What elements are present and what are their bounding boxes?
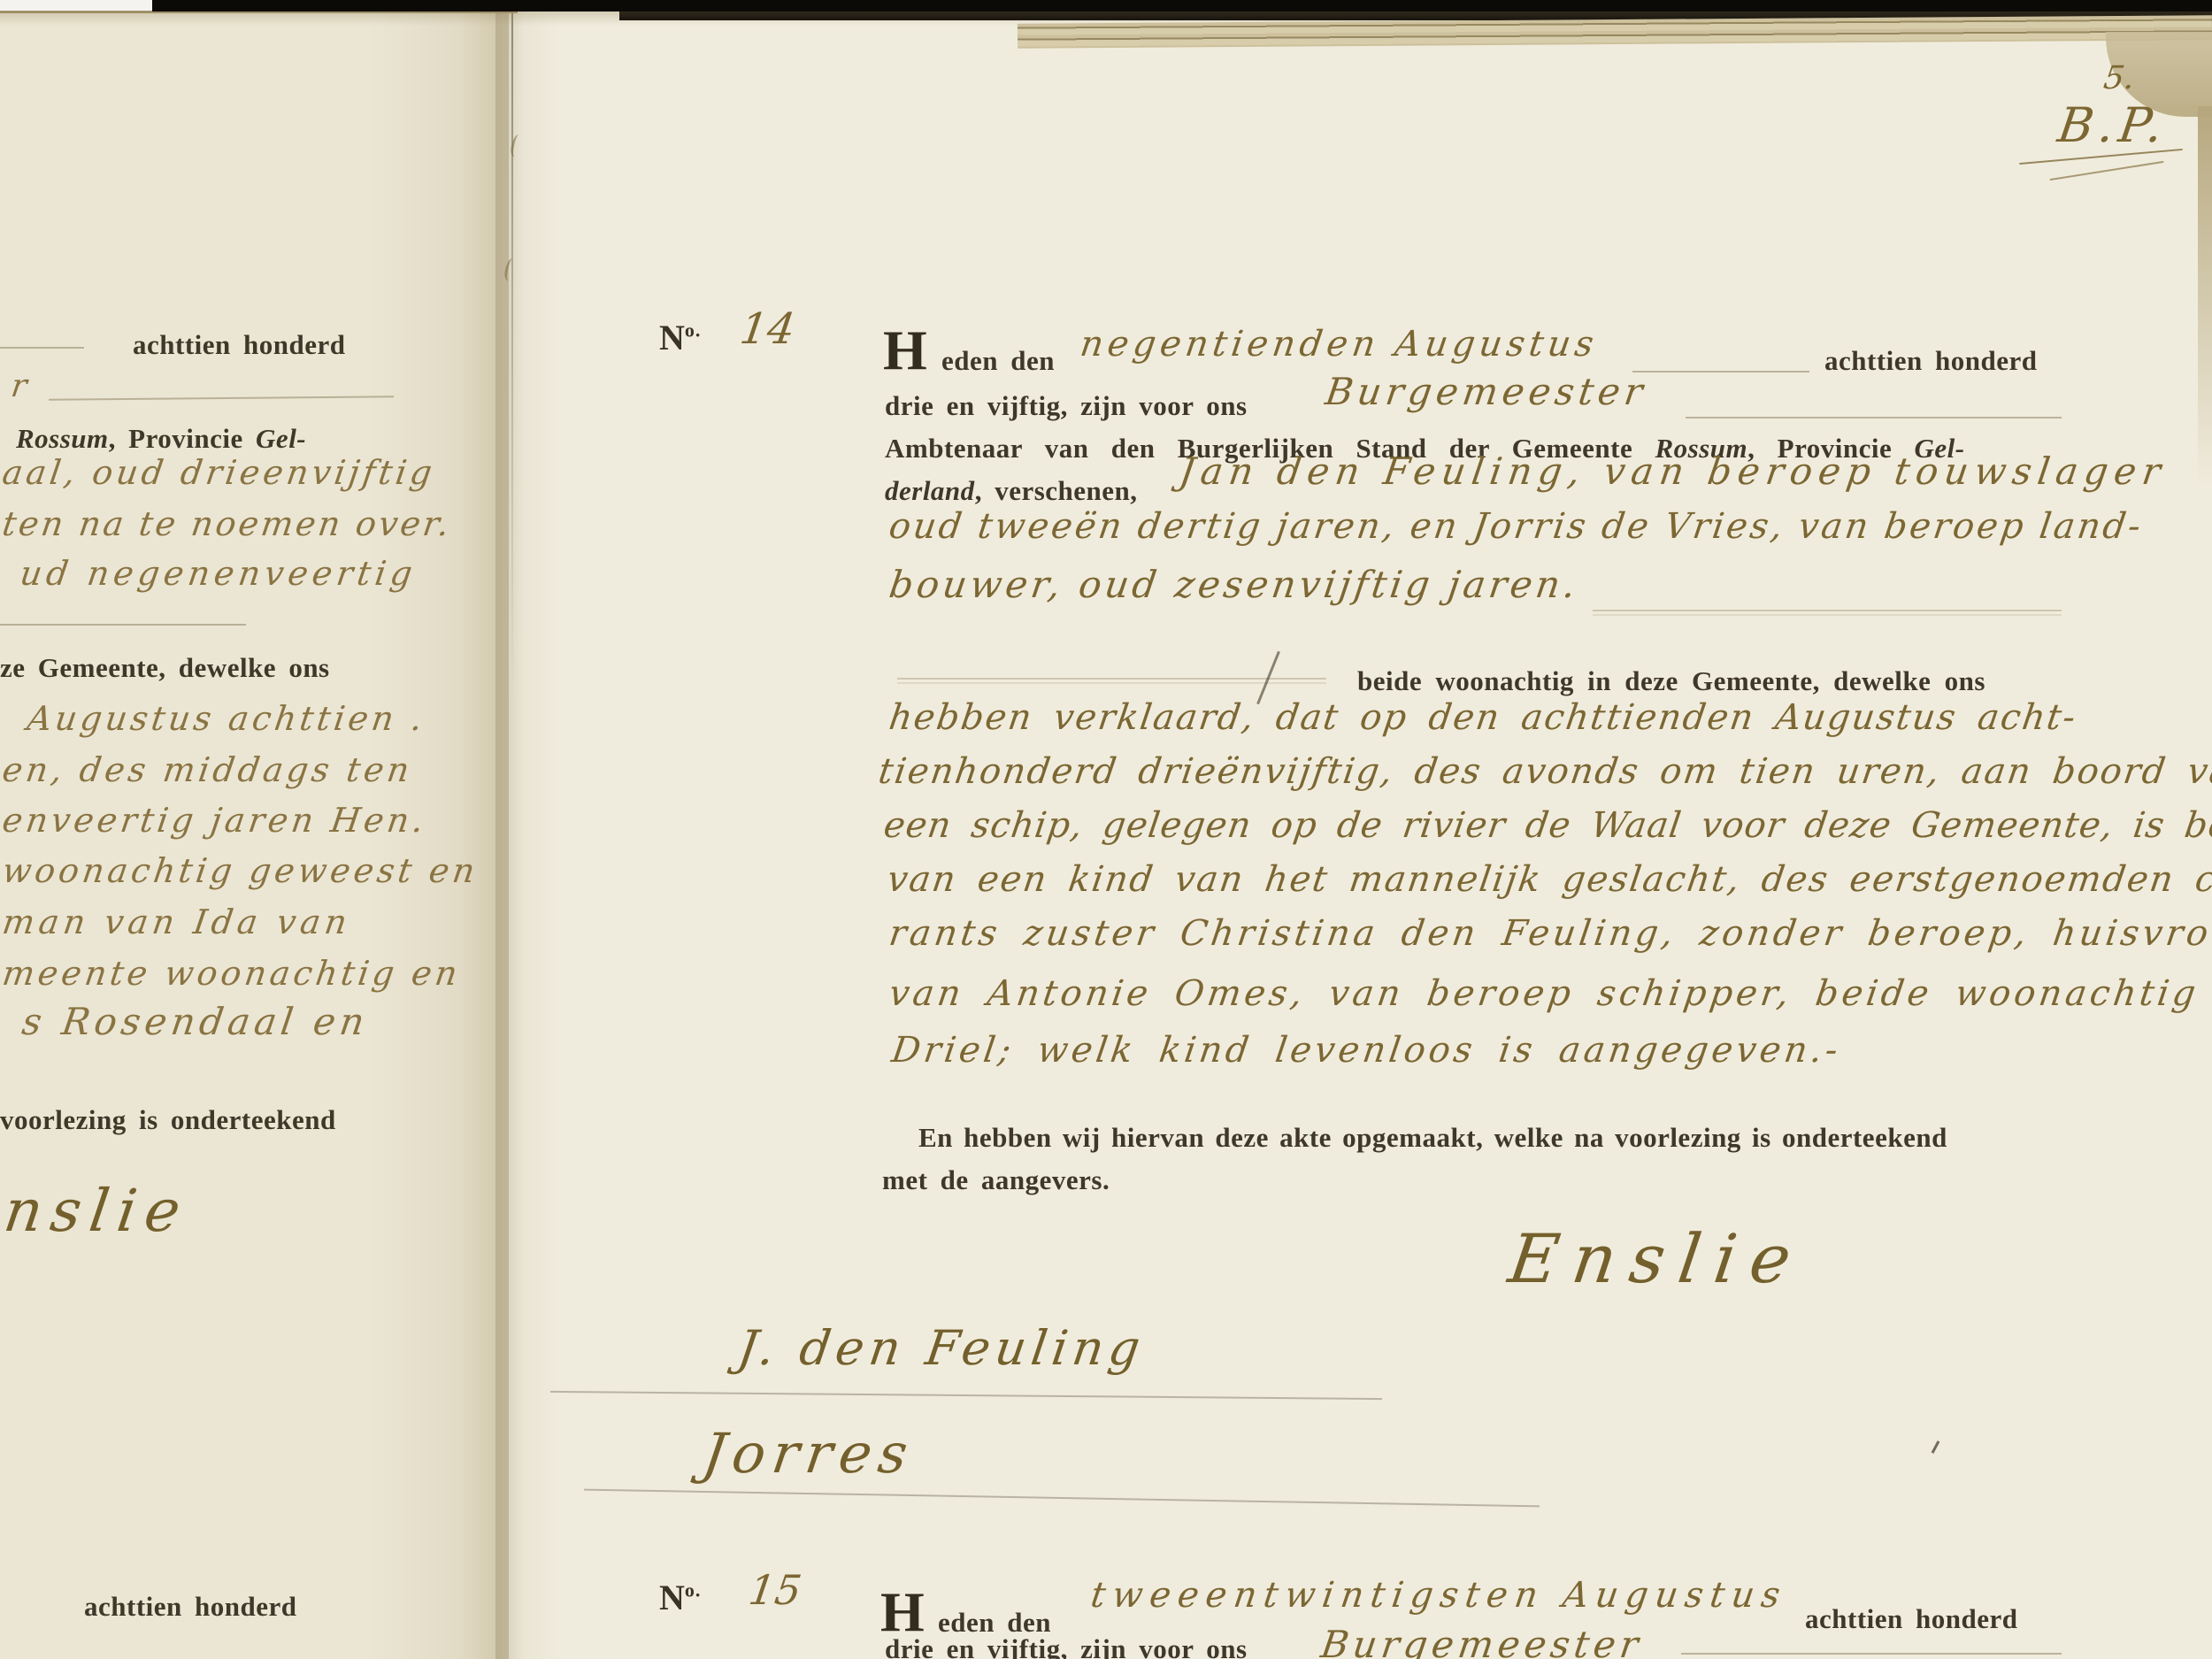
record14-official-hand: Burgemeester xyxy=(1323,370,1650,413)
registrar-signature: Enslie xyxy=(1504,1219,1810,1298)
record14-hand-line: oud tweeën dertig jaren, en Jorris de Vr… xyxy=(887,506,2146,547)
record14-hand-line: bouwer, oud zesenvijftig jaren. xyxy=(887,563,1582,606)
record15-official-hand: Burgemeester xyxy=(1318,1623,1646,1659)
municipality-name: Rossum xyxy=(16,423,109,454)
left-printed-gemeente: ze Gemeente, dewelke ons xyxy=(0,652,330,684)
fill-rule xyxy=(1686,417,2062,419)
record14-body-hand-line: hebben verklaard, dat op den achttienden… xyxy=(887,697,2079,738)
record14-line4-print: derland, verschenen, xyxy=(885,475,1138,507)
left-printed-rossum-line: Rossum, Provincie Gel- xyxy=(16,423,306,455)
binding-crease-line xyxy=(511,9,513,699)
record14-body-hand-line: tienhonderd drieënvijftig, des avonds om… xyxy=(876,751,2212,792)
record14-closing-line1: En hebben wij hiervan deze akte opgemaak… xyxy=(918,1122,1947,1154)
page-right-edge xyxy=(2198,106,2212,487)
book-top-edge xyxy=(152,0,630,12)
province-name-part: derland xyxy=(885,475,975,506)
record14-body-hand-line: rants zuster Christina den Feuling, zond… xyxy=(887,913,2212,954)
declarant2-signature: Jorres xyxy=(699,1421,918,1486)
binding-gutter xyxy=(495,9,557,1659)
record14-line1-year: achttien honderd xyxy=(1824,345,2038,377)
clerk-mark: B.P. xyxy=(2055,97,2171,153)
record14-dropcap-H: H xyxy=(883,322,927,379)
left-hand-line: Augustus achttien . xyxy=(25,699,428,738)
record15-dropcap-H: H xyxy=(880,1584,925,1640)
left-hand-line: meente woonachtig en xyxy=(0,954,463,993)
page-number: 5. xyxy=(2101,60,2137,96)
record14-body-hand-line: van een kind van het mannelijk geslacht,… xyxy=(885,859,2212,900)
register-page-scan: 5. B.P. achttien honderd r Rossum, Provi… xyxy=(0,0,2212,1659)
record15-number-label: No. xyxy=(659,1577,701,1618)
clerk-mark-flourish xyxy=(2050,161,2164,180)
record14-number-label: No. xyxy=(659,317,701,358)
left-hand-line: ud negenenveertig xyxy=(18,554,419,593)
declarant1-signature: J. den Feuling xyxy=(734,1320,1148,1376)
left-hand-line: en, des middags ten xyxy=(0,750,415,789)
record14-body-hand-line: van Antonie Omes, van beroep schipper, b… xyxy=(887,973,2212,1014)
left-hand-line: woonachtig geweest en xyxy=(0,851,480,890)
record14-declarant1-hand: Jan den Feuling, van beroep touwslager xyxy=(1177,449,2170,493)
fill-rule xyxy=(1681,1653,2062,1655)
background-corner xyxy=(0,0,152,11)
record14-line7-print: beide woonachtig in deze Gemeente, dewel… xyxy=(1357,665,1985,697)
left-printed-year-bottom: achttien honderd xyxy=(84,1591,297,1623)
record15-number-value: 15 xyxy=(746,1566,804,1614)
record14-line2-print: drie en vijftig, zijn voor ons xyxy=(885,390,1248,422)
record14-body-hand-line: Driel; welk kind levenloos is aangegeven… xyxy=(889,1030,1844,1071)
left-fill-rule xyxy=(0,624,246,626)
record15-line2-print: drie en vijftig, zijn voor ons xyxy=(885,1633,1248,1659)
record15-line1-year: achttien honderd xyxy=(1805,1603,2018,1635)
left-hand-line: ten na te noemen over. xyxy=(0,504,454,543)
left-printed-voorlezing: voorlezing is onderteekend xyxy=(0,1104,336,1136)
signature-baseline xyxy=(584,1489,1540,1508)
left-fill-rule xyxy=(0,347,84,349)
record14-line1-print: eden den xyxy=(941,345,1055,377)
left-hand-line: enveertig jaren Hen. xyxy=(0,801,429,840)
fill-rule xyxy=(897,678,1326,680)
record14-number-value: 14 xyxy=(737,304,798,354)
province-name-part: Gel- xyxy=(256,423,306,454)
record14-date-hand: negentienden Augustus xyxy=(1078,324,1601,365)
fill-rule xyxy=(1632,371,1809,373)
left-hand-line: s Rosendaal en xyxy=(19,1000,372,1043)
record14-body-hand-line: een schip, gelegen op de rivier de Waal … xyxy=(881,805,2212,846)
record14-closing-line2: met de aangevers. xyxy=(882,1164,1110,1196)
left-printed-year: achttien honderd xyxy=(133,329,346,361)
left-hand-line: man van Ida van xyxy=(0,902,354,941)
left-hand-line: aal, oud drieenvijftig xyxy=(0,453,438,492)
pen-tick-mark xyxy=(1932,1440,1940,1454)
fill-rule xyxy=(1593,610,2062,611)
record15-date-hand: tweeentwintigsten Augustus xyxy=(1088,1575,1790,1616)
signature-baseline xyxy=(550,1391,1382,1400)
left-signature-fragment: nslie xyxy=(0,1177,193,1245)
